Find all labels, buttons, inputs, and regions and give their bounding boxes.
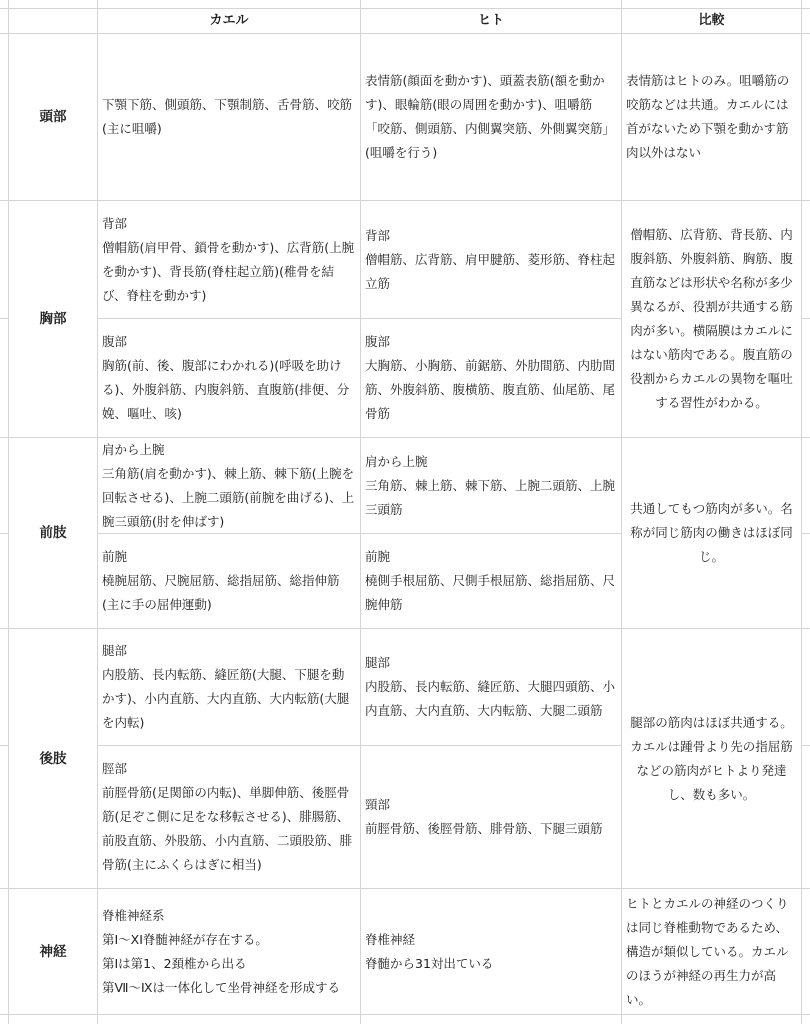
grid-line <box>0 1014 810 1015</box>
header-human[interactable]: ヒト <box>361 9 621 33</box>
comparison-sheet: カエル ヒト 比較 頭部 下顎下筋、側頭筋、下顎制筋、舌骨筋、咬筋(主に咀嚼) … <box>0 0 810 1024</box>
hindlimb-frog-thigh-cell[interactable]: 腿部 内股筋、長内転筋、縫匠筋(大腿、下腿を動かす)、小内直筋、大内直筋、大内転… <box>98 629 360 745</box>
forelimb-frog-forearm-cell[interactable]: 前腕 橈腕屈筋、尺腕屈筋、総指屈筋、総指伸筋(主に手の屈伸運動) <box>98 534 360 628</box>
forelimb-frog-upper-cell[interactable]: 肩から上腕 三角筋(肩を動かす)、棘上筋、棘下筋(上腕を回転させる)、上腕二頭筋… <box>98 438 360 533</box>
head-human-cell[interactable]: 表情筋(顔面を動かす)、頭蓋表筋(額を動かす)、眼輪筋(眼の周囲を動かす)、咀嚼… <box>361 34 621 200</box>
nerve-compare-cell[interactable]: ヒトとカエルの神経のつくりは同じ脊椎動物であるため、構造が類似している。カエルの… <box>622 889 801 1014</box>
chest-frog-back-cell[interactable]: 背部 僧帽筋(肩甲骨、鎖骨を動かす)、広背筋(上腕を動かす)、背長筋(脊柱起立筋… <box>98 201 360 318</box>
forelimb-human-forearm-cell[interactable]: 前腕 橈側手根屈筋、尺側手根屈筋、総指屈筋、尺腕伸筋 <box>361 534 621 628</box>
forelimb-human-upper-cell[interactable]: 肩から上腕 三角筋、棘上筋、棘下筋、上腕二頭筋、上腕三頭筋 <box>361 438 621 533</box>
grid-line <box>801 318 810 319</box>
hindlimb-human-thigh-cell[interactable]: 腿部 内股筋、長内転筋、縫匠筋、大腿四頭筋、小内直筋、大内直筋、大内転筋、大腿二… <box>361 629 621 745</box>
grid-line <box>0 533 8 534</box>
row-forelimb-label[interactable]: 前肢 <box>9 438 97 628</box>
header-frog[interactable]: カエル <box>98 9 360 33</box>
row-nerve-label[interactable]: 神経 <box>9 889 97 1014</box>
head-compare-cell[interactable]: 表情筋はヒトのみ。咀嚼筋の咬筋などは共通。カエルには首がないため下顎を動かす筋肉… <box>622 34 801 200</box>
chest-compare-cell[interactable]: 僧帽筋、広背筋、背長筋、内腹斜筋、外腹斜筋、胸筋、腹直筋などは形状や名称が多少異… <box>622 201 801 437</box>
row-hindlimb-label[interactable]: 後肢 <box>9 629 97 888</box>
row-chest-label[interactable]: 胸部 <box>9 201 97 437</box>
header-compare-label: 比較 <box>626 9 797 33</box>
chest-frog-abdomen-cell[interactable]: 腹部 胸筋(前、後、腹部にわかれる)(呼吸を助ける)、外腹斜筋、内腹斜筋、直腹筋… <box>98 319 360 437</box>
nerve-frog-cell[interactable]: 脊椎神経系 第Ⅰ〜XI脊髄神経が存在する。 第Ⅰは第1、2頚椎から出る 第Ⅶ〜Ⅸ… <box>98 889 360 1014</box>
grid-line <box>0 745 8 746</box>
grid-line <box>801 745 810 746</box>
head-frog-cell[interactable]: 下顎下筋、側頭筋、下顎制筋、舌骨筋、咬筋(主に咀嚼) <box>98 34 360 200</box>
nerve-human-cell[interactable]: 脊椎神経 脊髄から31対出ている <box>361 889 621 1014</box>
hindlimb-human-shin-cell[interactable]: 頸部 前脛骨筋、後脛骨筋、腓骨筋、下腿三頭筋 <box>361 746 621 888</box>
hindlimb-frog-shin-cell[interactable]: 脛部 前脛骨筋(足関節の内転)、単脚伸筋、後脛骨筋(足ぞこ側に足をな移転させる)… <box>98 746 360 888</box>
grid-line <box>801 533 810 534</box>
header-frog-label: カエル <box>102 9 356 33</box>
grid-line <box>801 0 802 1024</box>
header-compare[interactable]: 比較 <box>622 9 801 33</box>
forelimb-compare-cell[interactable]: 共通してもつ筋肉が多い。名称が同じ筋肉の働きはほぼ同じ。 <box>622 438 801 628</box>
chest-human-abdomen-cell[interactable]: 腹部 大胸筋、小胸筋、前鋸筋、外肋間筋、内肋間筋、外腹斜筋、腹横筋、腹直筋、仙尾… <box>361 319 621 437</box>
row-head-label[interactable]: 頭部 <box>9 34 97 200</box>
header-human-label: ヒト <box>365 9 617 33</box>
grid-line <box>0 318 8 319</box>
hindlimb-compare-cell[interactable]: 腿部の筋肉はほぼ共通する。カエルは踵骨より先の指屈筋などの筋肉がヒトより発達し、… <box>622 629 801 888</box>
chest-human-back-cell[interactable]: 背部 僧帽筋、広背筋、肩甲腱筋、菱形筋、脊柱起立筋 <box>361 201 621 318</box>
